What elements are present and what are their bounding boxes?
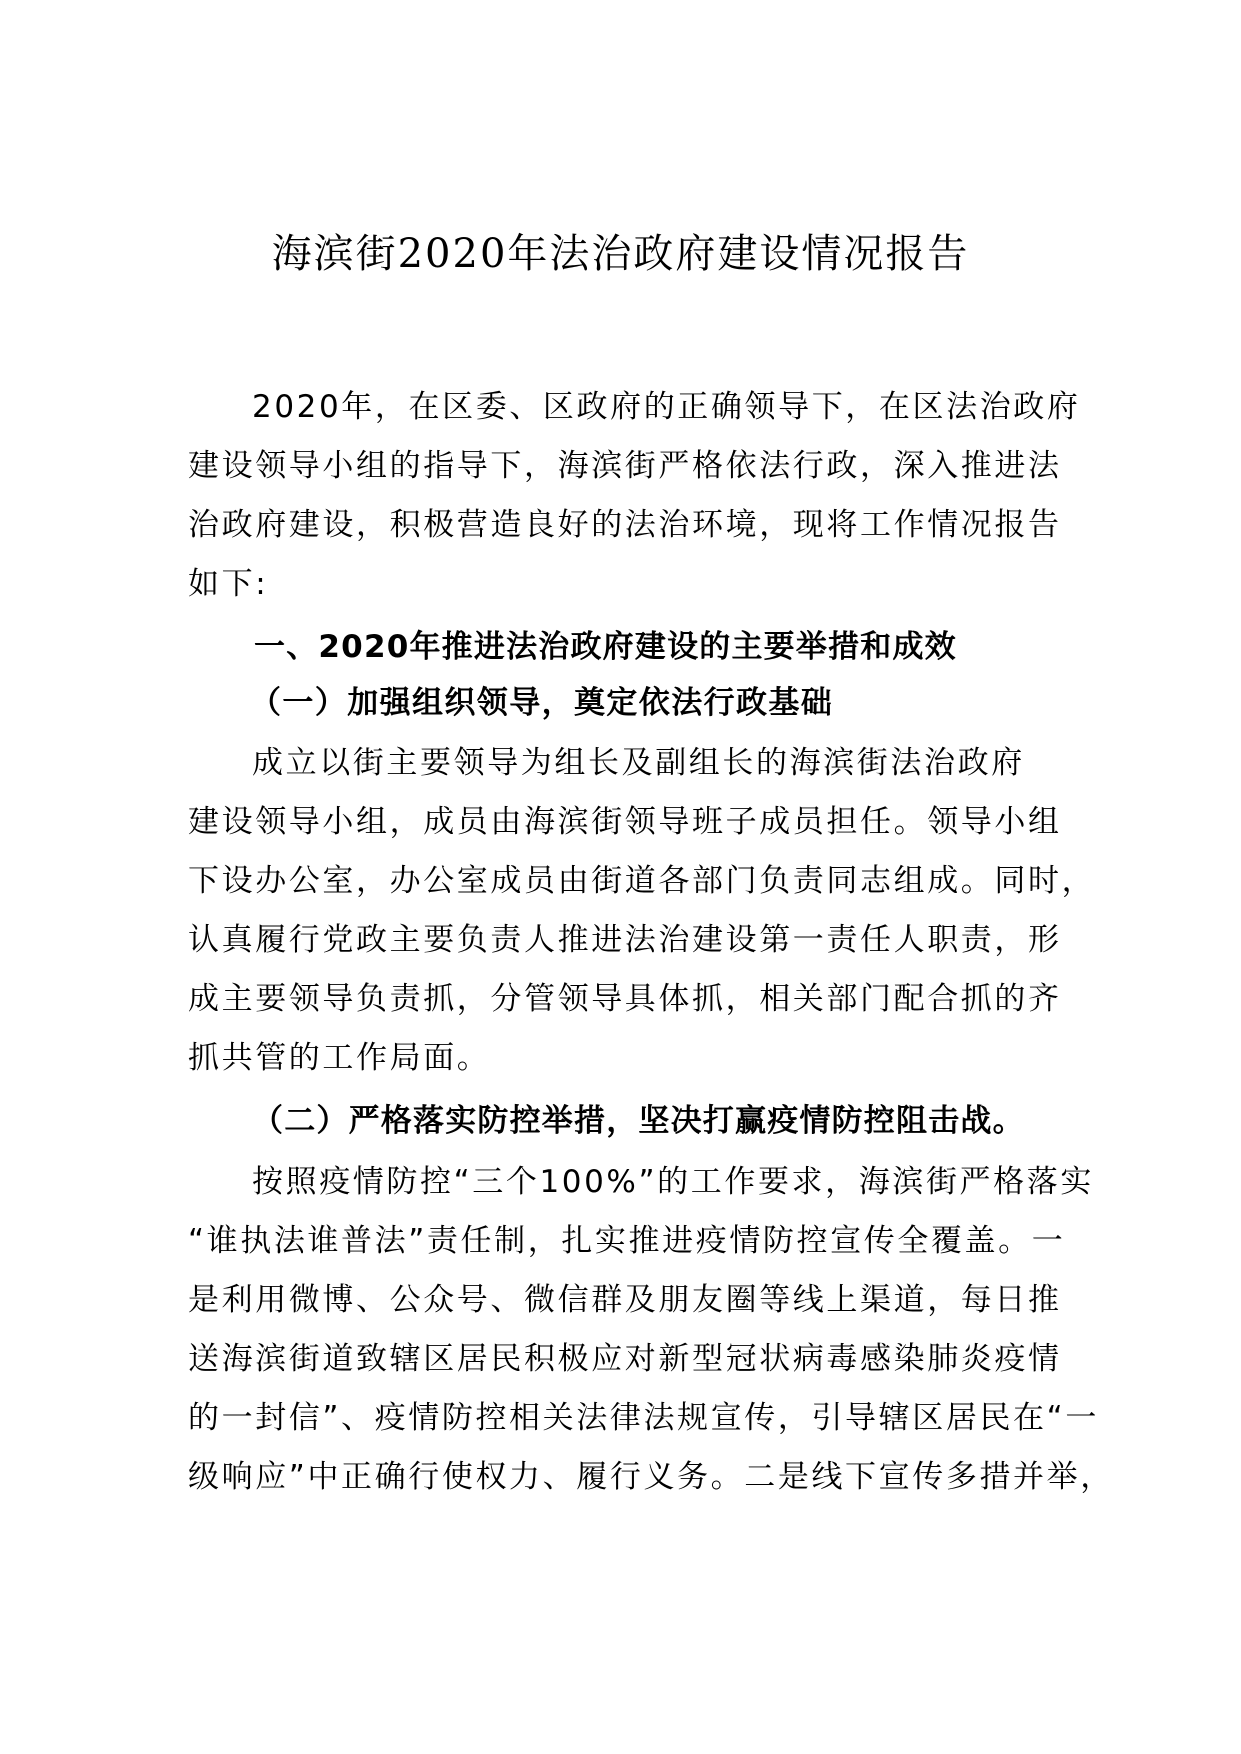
document-title: 海滨街2020年法治政府建设情况报告	[0, 222, 1241, 279]
text-line: 抓共管的工作局面。	[188, 1032, 490, 1077]
text-line: 按照疫情防控“三个100%”的工作要求，海滨街严格落实	[252, 1156, 1094, 1201]
text-line: 治政府建设，积极营造良好的法治环境，现将工作情况报告	[188, 499, 1062, 544]
text-line: 认真履行党政主要负责人推进法治建设第一责任人职责，形	[188, 914, 1062, 959]
text-line: 成主要领导负责抓，分管领导具体抓，相关部门配合抓的齐	[188, 973, 1062, 1018]
text-line: 是利用微博、公众号、微信群及朋友圈等线上渠道，每日推	[188, 1274, 1062, 1319]
text-line: 建设领导小组，成员由海滨街领导班子成员担任。领导小组	[188, 796, 1062, 841]
text-line: 成立以街主要领导为组长及副组长的海滨街法治政府	[252, 737, 1025, 782]
text-line: 送海滨街道致辖区居民积极应对新型冠状病毒感染肺炎疫情	[188, 1333, 1062, 1378]
text-line: 下设办公室，办公室成员由街道各部门负责同志组成。同时，	[188, 855, 1095, 900]
subsection-heading-1: （一）加强组织领导，奠定依法行政基础	[250, 677, 833, 722]
document-page: 海滨街2020年法治政府建设情况报告 2020年，在区委、区政府的正确领导下，在…	[0, 0, 1241, 1754]
text-line: 级响应”中正确行使权力、履行义务。二是线下宣传多措并举，	[188, 1451, 1114, 1496]
section-heading-1: 一、2020年推进法治政府建设的主要举措和成效	[254, 621, 957, 666]
text-line: “谁执法谁普法”责任制，扎实推进疫情防控宣传全覆盖。一	[188, 1215, 1065, 1260]
text-line: 的一封信”、疫情防控相关法律法规宣传，引导辖区居民在“一	[188, 1392, 1099, 1437]
subsection-heading-2: （二）严格落实防控举措，坚决打赢疫情防控阻击战。	[252, 1095, 1025, 1140]
text-line: 2020年，在区委、区政府的正确领导下，在区法治政府	[252, 381, 1081, 426]
text-line: 如下:	[188, 558, 268, 603]
text-line: 建设领导小组的指导下，海滨街严格依法行政，深入推进法	[188, 440, 1062, 485]
